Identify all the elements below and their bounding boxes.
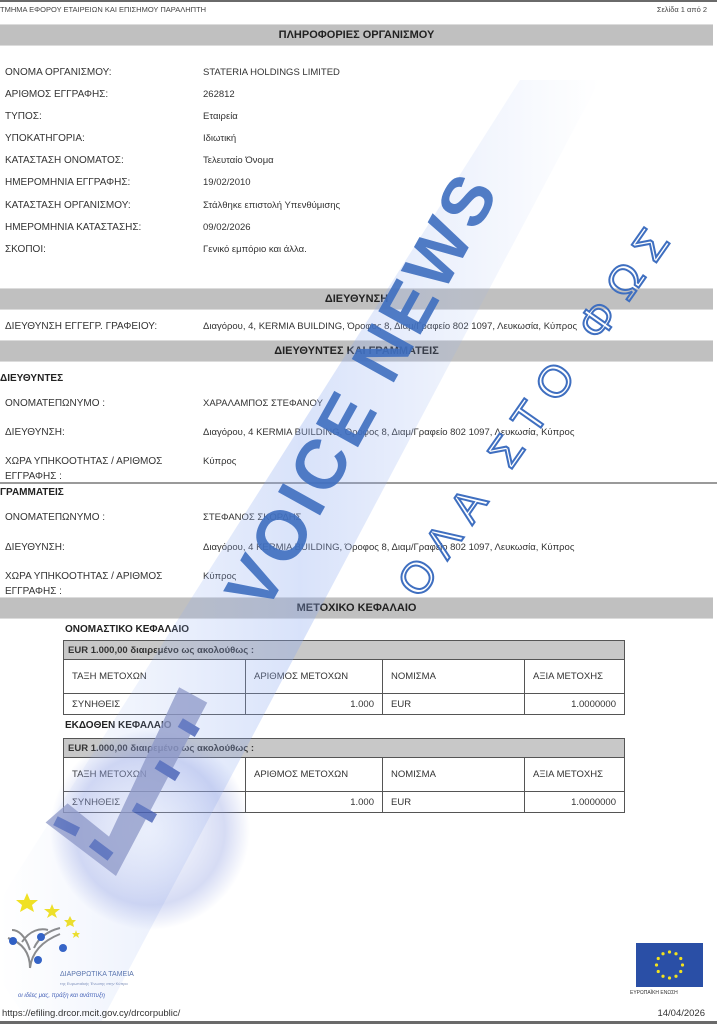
eu-caption: ΕΥΡΩΠΑΪΚΗ ΕΝΩΣΗ [630,990,678,996]
secretary-name: ΣΤΕΦΑΝΟΣ ΣΚΟΡΔΗΣ [203,512,301,523]
secretary-address-label: ΔΙΕΥΘΥΝΣΗ: [5,542,65,553]
authorized-capital-title: ΟΝΟΜΑΣΤΙΚΟ ΚΕΦΑΛΑΙΟ [65,624,189,635]
org-info-label: ΣΚΟΠΟΙ: [5,244,46,255]
org-info-value: 09/02/2026 [203,222,251,233]
eu-flag-icon [636,943,703,987]
share-count: 1.000 [246,694,383,715]
director-address-label: ΔΙΕΥΘΥΝΣΗ: [5,427,65,438]
org-info-value: Τελευταίο Όνομα [203,155,274,166]
secretary-name-label: ΟΝΟΜΑΤΕΠΩΝΥΜΟ : [5,512,105,523]
department-header: ΤΜΗΜΑ ΕΦΟΡΟΥ ΕΤΑΙΡΕΙΩΝ ΚΑΙ ΕΠΙΣΗΜΟΥ ΠΑΡΑ… [0,5,206,14]
director-country: Κύπρος [203,456,236,467]
share-value: 1.0000000 [525,694,625,715]
org-info-value: Εταιρεία [203,111,238,122]
secretaries-title: ΓΡΑΜΜΑΤΕΙΣ [0,487,64,498]
org-info-value: 262812 [203,89,235,100]
authorized-capital-table: EUR 1.000,00 διαιρεμένο ως ακολούθως : Τ… [63,640,625,715]
share-count: 1.000 [246,792,383,813]
org-info-label: ΥΠΟΚΑΤΗΓΟΡΙΑ: [5,133,85,144]
secretary-country-label-1: ΧΩΡΑ ΥΠΗΚΟΟΤΗΤΑΣ / ΑΡΙΘΜΟΣ [5,571,162,582]
org-info-label: ΑΡΙΘΜΟΣ ΕΓΓΡΑΦΗΣ: [5,89,108,100]
structural-funds-subtitle: της Ευρωπαϊκής Ένωσης στην Κύπρο [60,981,128,986]
share-class: ΣΥΝΗΘΕΙΣ [64,694,246,715]
issued-capital-table: EUR 1.000,00 διαιρεμένο ως ακολούθως : Τ… [63,738,625,813]
column-header: ΤΑΞΗ ΜΕΤΟΧΩΝ [64,758,246,792]
issued-capital-title: ΕΚΔΟΘΕΝ ΚΕΦΑΛΑΙΟ [65,720,172,731]
org-info-value: Ιδιωτική [203,133,236,144]
footer-url-link[interactable]: https://efiling.drcor.mcit.gov.cy/drcorp… [2,1008,180,1019]
org-info-label: ΚΑΤΑΣΤΑΣΗ ΟΡΓΑΝΙΣΜΟΥ: [5,200,131,211]
authorized-capital-table-title: EUR 1.000,00 διαιρεμένο ως ακολούθως : [64,641,625,660]
section-header-address: ΔΙΕΥΘΥΝΣΗ [0,288,713,310]
director-country-label-1: ΧΩΡΑ ΥΠΗΚΟΟΤΗΤΑΣ / ΑΡΙΘΜΟΣ [5,456,162,467]
registered-office-label: ΔΙΕΥΘΥΝΣΗ ΕΓΓΕΓΡ. ΓΡΑΦΕΙΟΥ: [5,321,157,332]
column-header: ΤΑΞΗ ΜΕΤΟΧΩΝ [64,660,246,694]
voice-news-watermark-icon: VOICE NEWS ΟΛΑ ΣΤΟ ΦΩΣ [0,0,717,1024]
share-class: ΣΥΝΗΘΕΙΣ [64,792,246,813]
column-header: ΑΡΙΘΜΟΣ ΜΕΤΟΧΩΝ [246,758,383,792]
director-name: ΧΑΡΑΛΑΜΠΟΣ ΣΤΕΦΑΝΟΥ [203,398,323,409]
section-header-directors-secretaries: ΔΙΕΥΘΥΝΤΕΣ ΚΑΙ ΓΡΑΜΜΑΤΕΙΣ [0,340,713,362]
top-border [0,0,717,2]
org-info-label: ΗΜΕΡΟΜΗΝΙΑ ΕΓΓΡΑΦΗΣ: [5,177,130,188]
secretary-country: Κύπρος [203,571,236,582]
currency: EUR [383,792,525,813]
secretary-address: Διαγόρου, 4 KERMIA BUILDING, Όροφος 8, Δ… [203,542,574,553]
structural-funds-logo-icon [0,890,95,970]
page-indicator: Σελίδα 1 από 2 [657,5,707,14]
org-info-value: 19/02/2010 [203,177,251,188]
director-country-label-2: ΕΓΓΡΑΦΗΣ : [5,471,62,482]
divider [0,482,717,484]
structural-funds-title: ΔΙΑΡΘΡΩΤΙΚΑ ΤΑΜΕΙΑ [60,971,134,978]
org-info-label: ΟΝΟΜΑ ΟΡΓΑΝΙΣΜΟΥ: [5,67,112,78]
registered-office-value: Διαγόρου, 4, KERMIA BUILDING, Όροφος 8, … [203,321,577,332]
column-header: ΑΡΙΘΜΟΣ ΜΕΤΟΧΩΝ [246,660,383,694]
footer-date: 14/04/2026 [657,1008,705,1019]
section-header-share-capital: ΜΕΤΟΧΙΚΟ ΚΕΦΑΛΑΙΟ [0,597,713,619]
org-info-value: Γενικό εμπόριο και άλλα. [203,244,307,255]
structural-funds-slogan: οι ιδέες μας, πράξη και ανάπτυξη [18,993,105,999]
column-header: ΑΞΙΑ ΜΕΤΟΧΗΣ [525,660,625,694]
column-header: ΝΟΜΙΣΜΑ [383,758,525,792]
org-info-label: ΚΑΤΑΣΤΑΣΗ ΟΝΟΜΑΤΟΣ: [5,155,124,166]
table-row: ΣΥΝΗΘΕΙΣ 1.000 EUR 1.0000000 [64,792,625,813]
column-header: ΑΞΙΑ ΜΕΤΟΧΗΣ [525,758,625,792]
secretary-country-label-2: ΕΓΓΡΑΦΗΣ : [5,586,62,597]
section-header-org-info: ΠΛΗΡΟΦΟΡΙΕΣ ΟΡΓΑΝΙΣΜΟΥ [0,24,713,46]
issued-capital-table-title: EUR 1.000,00 διαιρεμένο ως ακολούθως : [64,739,625,758]
org-info-value: Στάλθηκε επιστολή Υπενθύμισης [203,200,340,211]
director-address: Διαγόρου, 4 KERMIA BUILDING, Όροφος 8, Δ… [203,427,574,438]
table-row: ΣΥΝΗΘΕΙΣ 1.000 EUR 1.0000000 [64,694,625,715]
director-name-label: ΟΝΟΜΑΤΕΠΩΝΥΜΟ : [5,398,105,409]
org-info-label: ΗΜΕΡΟΜΗΝΙΑ ΚΑΤΑΣΤΑΣΗΣ: [5,222,141,233]
currency: EUR [383,694,525,715]
directors-title: ΔΙΕΥΘΥΝΤΕΣ [0,373,63,384]
column-header: ΝΟΜΙΣΜΑ [383,660,525,694]
org-info-label: ΤΥΠΟΣ: [5,111,42,122]
share-value: 1.0000000 [525,792,625,813]
org-info-value: STATERIA HOLDINGS LIMITED [203,67,340,78]
